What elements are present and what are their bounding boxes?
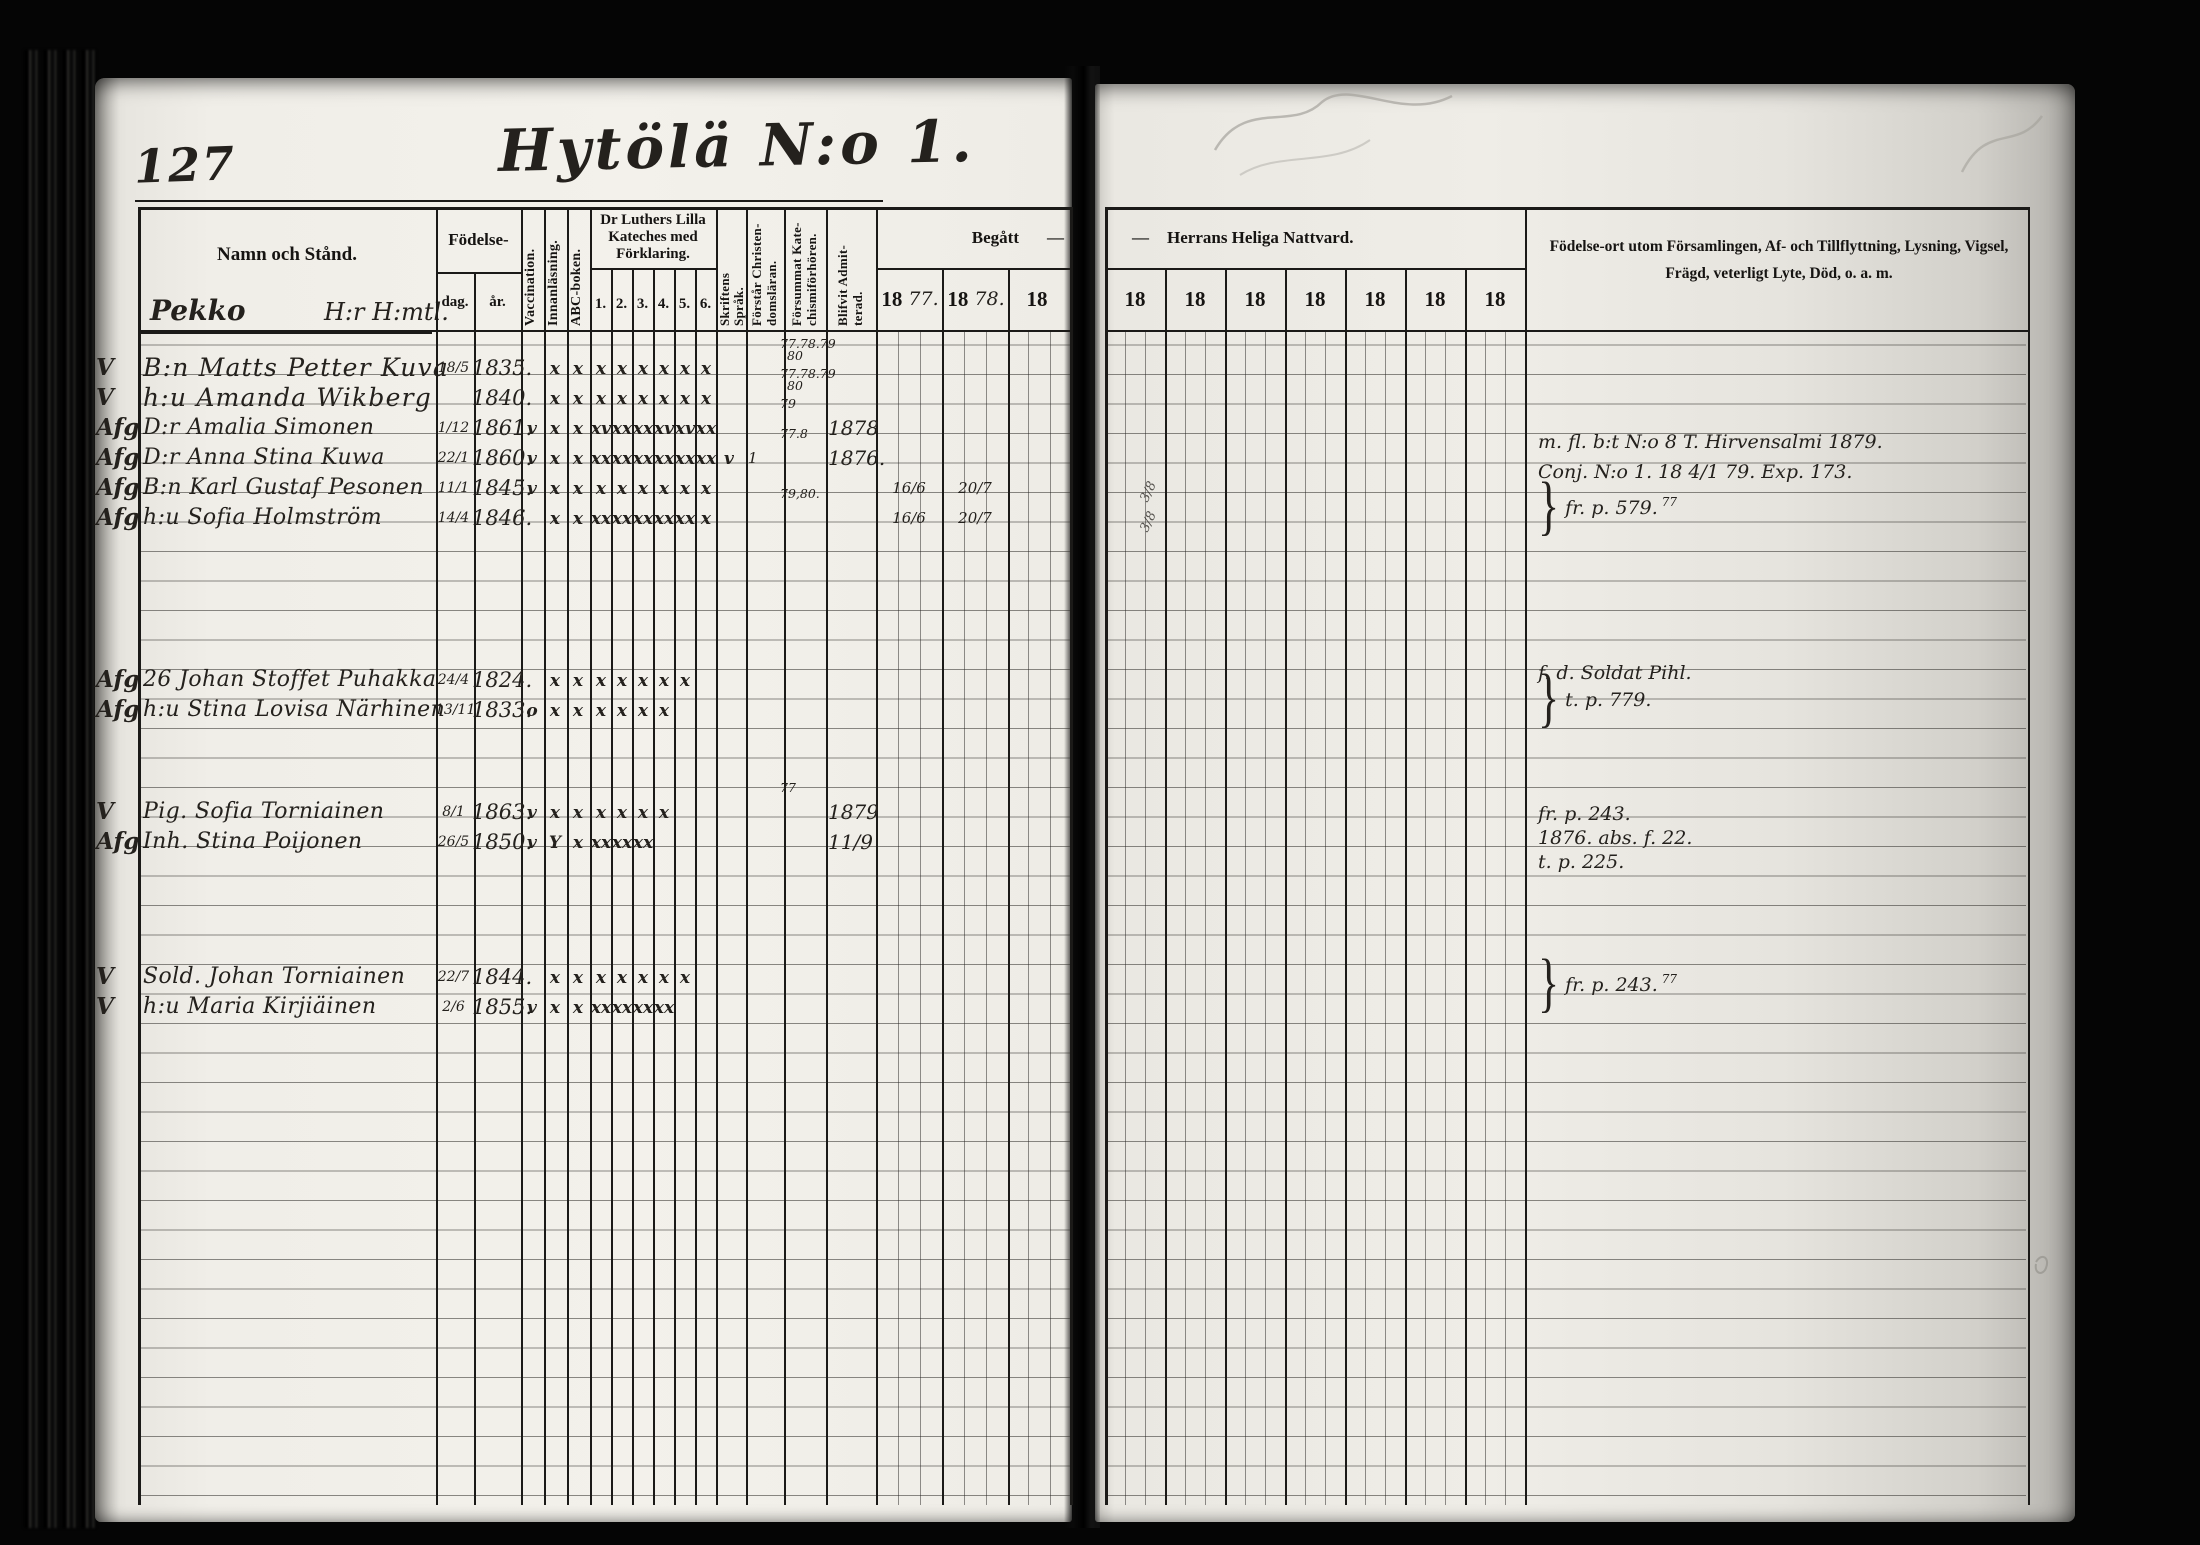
scanned-register-page: 127 Hytölä N:o 1. Namn och Stånd. Födels… — [0, 0, 2200, 1545]
faint-pencil-marks — [0, 0, 2200, 1545]
